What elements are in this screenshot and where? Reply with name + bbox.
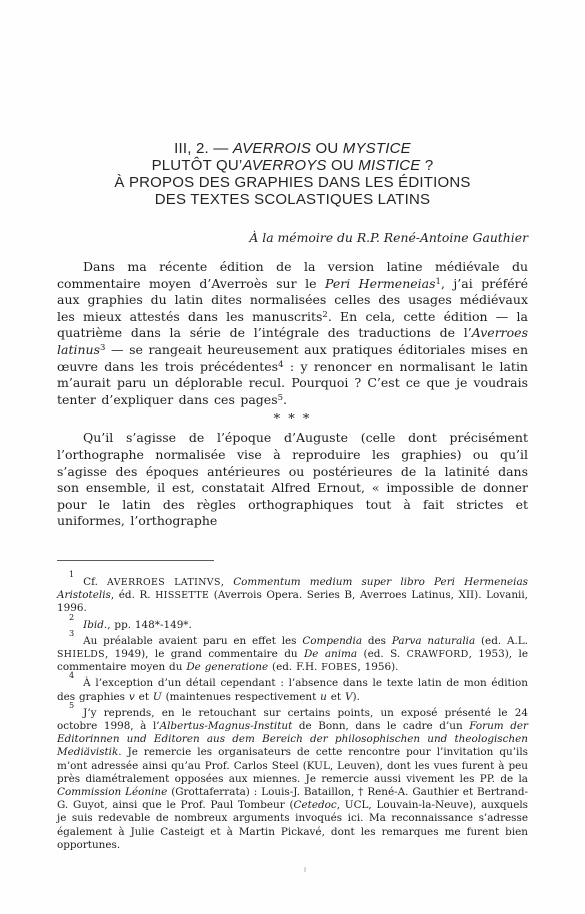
title-line-1: III, 2. — AVERROIS OU MYSTICE: [57, 140, 528, 157]
footnote-5-text: J’y reprends, en le retouchant sur certa…: [57, 707, 528, 851]
scan-artifact: [304, 867, 306, 872]
footnote-4: 4À l’exception d’un détail cependant : l…: [57, 677, 528, 703]
footnote-separator-rule: [57, 560, 214, 561]
footnote-1: 1Cf. AVERROES LATINVS, Commentum medium …: [57, 576, 528, 616]
title-line-2: PLUTÔT QU’AVERROYS OU MISTICE ?: [57, 157, 528, 174]
footnote-5: 5J’y reprends, en le retouchant sur cert…: [57, 707, 528, 852]
footnote-2-number: 2: [69, 612, 74, 622]
footnote-2: 2Ibid., pp. 148*-149*.: [57, 619, 528, 632]
article-title: III, 2. — AVERROIS OU MYSTICE PLUTÔT QU’…: [57, 140, 528, 208]
footnote-1-text: Cf. AVERROES LATINVS, Commentum medium s…: [57, 576, 528, 614]
paragraph-2: Qu’il s’agisse de l’époque d’Auguste (ce…: [57, 430, 528, 530]
dedication: À la mémoire du R.P. René-Antoine Gauthi…: [57, 230, 528, 245]
footnote-3-text: Au préalable avaient paru en effet les C…: [57, 635, 528, 673]
footnote-4-text: À l’exception d’un détail cependant : l’…: [57, 677, 528, 702]
paragraph-1: Dans ma récente édition de la version la…: [57, 259, 528, 408]
section-separator: * * *: [57, 412, 528, 427]
title-line-4: DES TEXTES SCOLASTIQUES LATINS: [57, 191, 528, 208]
page-content: III, 2. — AVERROIS OU MYSTICE PLUTÔT QU’…: [57, 140, 528, 855]
footnote-5-number: 5: [69, 700, 74, 710]
footnote-2-text: Ibid., pp. 148*-149*.: [83, 619, 192, 631]
document-page: III, 2. — AVERROIS OU MYSTICE PLUTÔT QU’…: [0, 0, 585, 914]
footnote-3-number: 3: [69, 628, 74, 638]
footnotes-section: 1Cf. AVERROES LATINVS, Commentum medium …: [57, 560, 528, 852]
footnote-4-number: 4: [69, 670, 74, 680]
title-line-3: À PROPOS DES GRAPHIES DANS LES ÉDITIONS: [57, 174, 528, 191]
footnote-3: 3Au préalable avaient paru en effet les …: [57, 635, 528, 675]
footnote-1-number: 1: [69, 569, 74, 579]
